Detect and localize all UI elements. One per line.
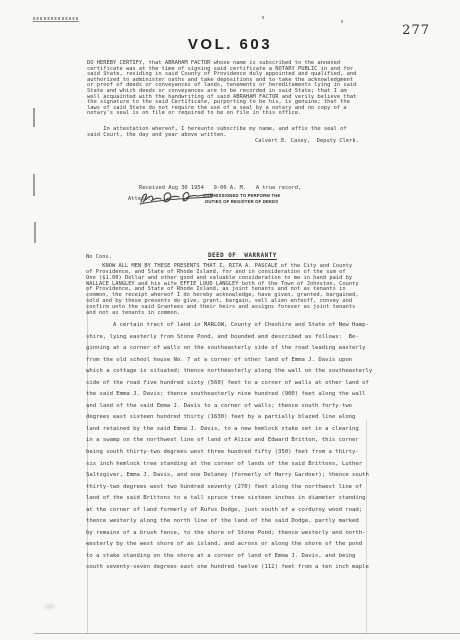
clerk-signoff: Calvert E. Casey, Deputy Clerk. bbox=[255, 138, 359, 144]
margin-tick-mark bbox=[33, 108, 35, 127]
deed-heading: DEED OF WARRANTY bbox=[208, 253, 277, 259]
notary-certification-paragraph: DO HEREBY CERTIFY, that ABRAHAM FACTOR w… bbox=[87, 61, 356, 117]
scanned-deed-record-page: 277 VOL. 603 DO HEREBY CERTIFY, that ABR… bbox=[0, 0, 460, 640]
corner-stamp-underline bbox=[33, 21, 79, 22]
scan-smudge bbox=[42, 602, 58, 611]
margin-tick-mark bbox=[34, 222, 36, 243]
register-of-deeds-stamp: COMMISSIONED TO PERFORM THE DUTIES OF RE… bbox=[203, 193, 280, 206]
volume-title: VOL. 603 bbox=[0, 36, 460, 53]
scan-speck bbox=[262, 16, 264, 19]
corner-stamp-mark bbox=[33, 17, 78, 20]
property-description-paragraph: A certain tract of land in MARLOW, Count… bbox=[86, 320, 372, 574]
consideration-margin-note: No Cons. bbox=[86, 254, 112, 260]
scan-speck bbox=[341, 20, 343, 23]
margin-tick-mark bbox=[33, 174, 35, 196]
page-bottom-edge-line bbox=[34, 633, 460, 634]
granting-clause-paragraph: KNOW ALL MEN BY THESE PRESENTS THAT I, R… bbox=[86, 264, 359, 317]
